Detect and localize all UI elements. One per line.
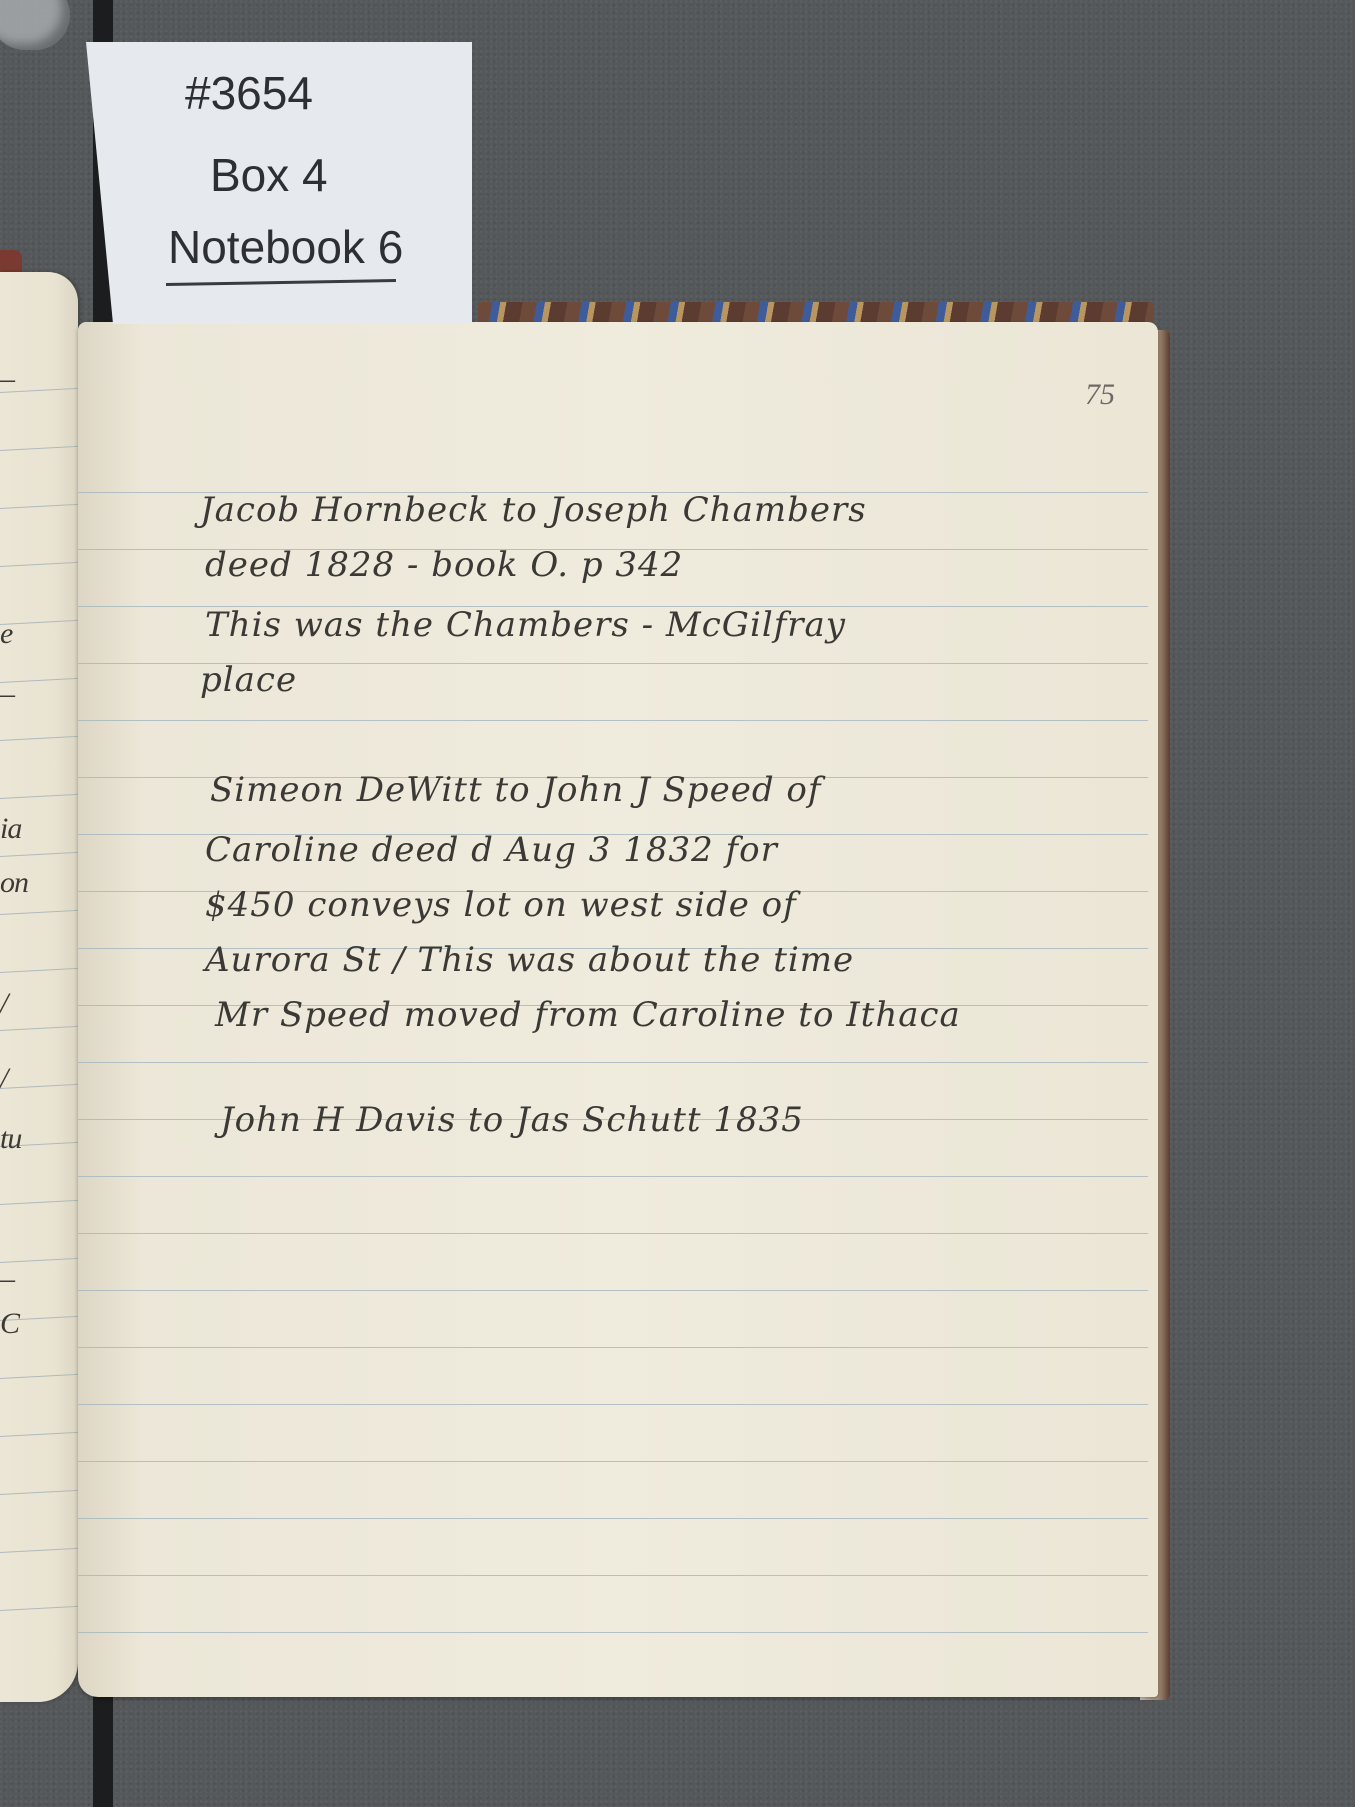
- rule-line: [0, 1026, 78, 1031]
- handwritten-line: Caroline deed d Aug 3 1832 for: [205, 830, 778, 870]
- rule-line: [78, 1290, 1148, 1291]
- handwritten-line: Aurora St / This was about the time: [205, 940, 854, 980]
- rule-line: [0, 794, 78, 799]
- marbled-cover-edge: [478, 302, 1154, 322]
- handwritten-line: place: [200, 660, 297, 700]
- left-page-fragment: /: [0, 987, 7, 1021]
- rule-line: [78, 1575, 1148, 1576]
- cord: [0, 0, 70, 50]
- rule-line: [0, 1200, 78, 1205]
- left-page-fragment: on: [0, 866, 28, 900]
- left-page-fragment: tu: [0, 1122, 21, 1156]
- rule-line: [78, 1461, 1148, 1462]
- left-page-fragment: ia: [0, 812, 21, 846]
- handwritten-line: Jacob Hornbeck to Joseph Chambers: [200, 490, 867, 530]
- left-page-fragment: /: [0, 1062, 7, 1096]
- rule-line: [0, 504, 78, 509]
- left-page-fragment: –: [0, 677, 14, 711]
- rule-line: [78, 1404, 1148, 1405]
- rule-line: [78, 1176, 1148, 1177]
- rule-line: [78, 1347, 1148, 1348]
- handwritten-line: Mr Speed moved from Caroline to Ithaca: [215, 995, 961, 1035]
- catalog-number: #3654: [185, 66, 313, 120]
- left-page-fragment: –: [0, 362, 14, 396]
- rule-line: [78, 1062, 1148, 1063]
- page-number: 75: [1085, 378, 1115, 412]
- left-page: – e – ia on / / tu – C: [0, 272, 78, 1702]
- rule-line: [0, 852, 78, 857]
- rule-line: [0, 1548, 78, 1553]
- notebook-label: Notebook 6: [168, 220, 403, 274]
- handwritten-line: This was the Chambers - McGilfray: [205, 605, 846, 645]
- left-page-fragment: –: [0, 1262, 14, 1296]
- rule-line: [0, 968, 78, 973]
- rule-line: [0, 1374, 78, 1379]
- rule-line: [78, 1518, 1148, 1519]
- rule-line: [0, 446, 78, 451]
- handwritten-line: deed 1828 - book O. p 342: [205, 545, 683, 585]
- handwritten-line: John H Davis to Jas Schutt 1835: [220, 1100, 804, 1140]
- box-label: Box 4: [210, 148, 328, 202]
- handwritten-line: Simeon DeWitt to John J Speed of: [210, 770, 821, 810]
- rule-line: [0, 1490, 78, 1495]
- left-page-fragment: e: [0, 617, 12, 651]
- rule-line: [0, 1606, 78, 1611]
- rule-line: [78, 720, 1148, 721]
- rule-line: [0, 1432, 78, 1437]
- rule-line: [0, 1084, 78, 1089]
- rule-line: [78, 1632, 1148, 1633]
- rule-line: [0, 910, 78, 915]
- rule-line: [78, 1233, 1148, 1234]
- rule-line: [0, 736, 78, 741]
- handwritten-line: $450 conveys lot on west side of: [205, 885, 797, 925]
- left-page-fragment: C: [0, 1307, 19, 1341]
- rule-line: [0, 562, 78, 567]
